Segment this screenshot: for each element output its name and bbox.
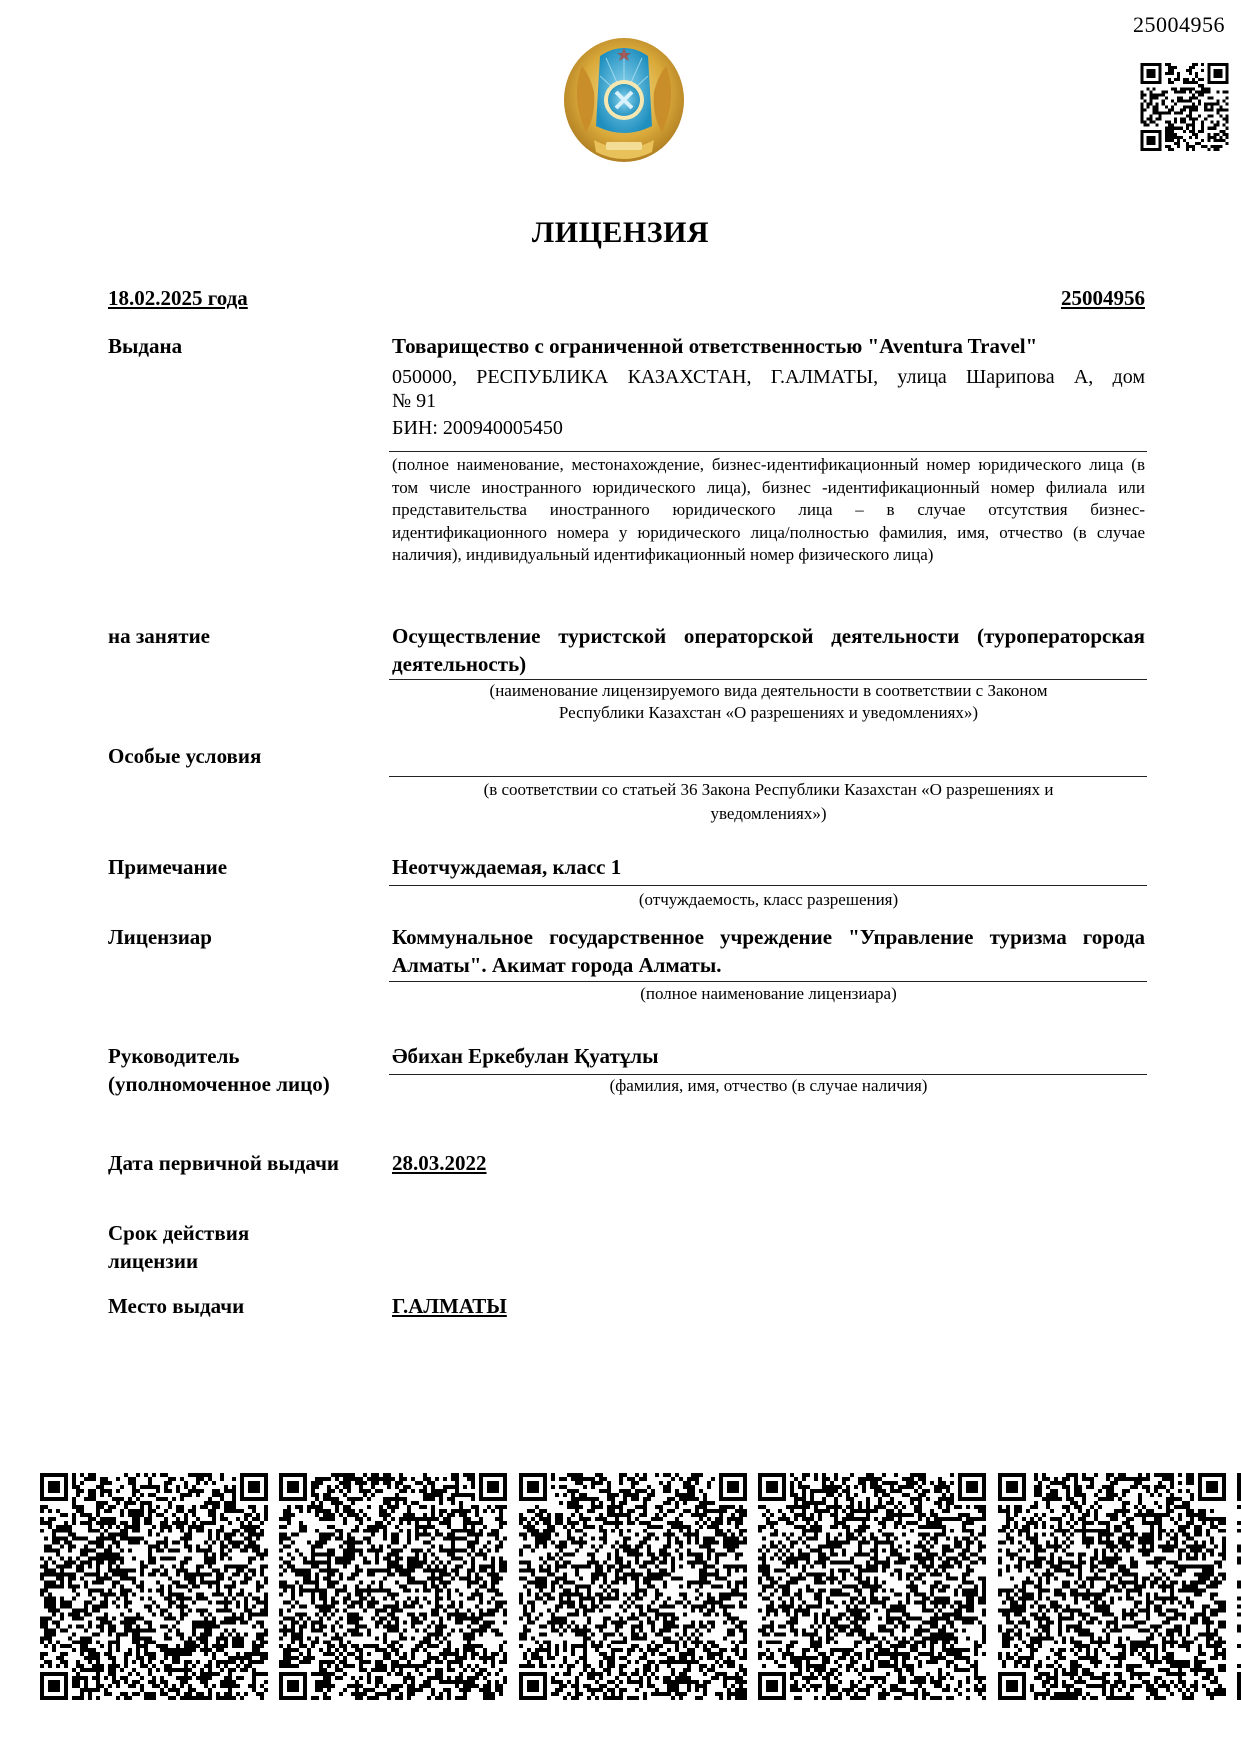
document-number-top: 25004956 [1133, 12, 1225, 38]
licensee-address-line1: 050000, РЕСПУБЛИКА КАЗАХСТАН, Г.АЛМАТЫ, … [392, 365, 1145, 389]
caption-head: (фамилия, имя, отчество (в случае наличи… [392, 1075, 1145, 1097]
label-note: Примечание [108, 853, 227, 881]
label-head-line2: (уполномоченное лицо) [108, 1070, 330, 1098]
qr-code-icon [1140, 63, 1229, 151]
label-licensor: Лицензиар [108, 923, 212, 951]
qr-code-3-icon [519, 1473, 747, 1700]
head-name: Әбихан Еркебулан Қуатұлы [392, 1042, 1145, 1070]
license-number: 25004956 [1061, 286, 1145, 311]
label-place-of-issue: Место выдачи [108, 1292, 244, 1320]
licensor-value: Коммунальное государственное учреждение … [392, 923, 1145, 979]
caption-issued-to: (полное наименование, местонахождение, б… [392, 454, 1145, 567]
qr-code-5-icon [998, 1473, 1226, 1700]
issue-date: 18.02.2025 года [108, 286, 248, 311]
qr-code-strip [40, 1473, 1241, 1700]
place-of-issue-value: Г.АЛМАТЫ [392, 1292, 507, 1320]
label-first-issue-date: Дата первичной выдачи [108, 1149, 339, 1177]
activity-value: Осуществление туристской операторской де… [392, 622, 1145, 678]
divider [389, 981, 1147, 982]
qr-code-4-icon [758, 1473, 986, 1700]
caption-activity-line2: Республики Казахстан «О разрешениях и ув… [392, 702, 1145, 724]
caption-note: (отчуждаемость, класс разрешения) [392, 889, 1145, 911]
licensee-bin: БИН: 200940005450 [392, 416, 1145, 440]
caption-special-line2: уведомлениях») [392, 803, 1145, 825]
caption-activity-line1: (наименование лицензируемого вида деятел… [392, 680, 1145, 702]
document-title: ЛИЦЕНЗИЯ [0, 216, 1241, 250]
qr-code-2-icon [279, 1473, 507, 1700]
state-emblem-icon [560, 36, 688, 168]
label-validity-line2: лицензии [108, 1247, 198, 1275]
qr-code-1-icon [40, 1473, 268, 1700]
label-head-line1: Руководитель [108, 1042, 239, 1070]
caption-special-line1: (в соответствии со статьей 36 Закона Рес… [392, 779, 1145, 801]
divider [389, 885, 1147, 886]
caption-licensor: (полное наименование лицензиара) [392, 983, 1145, 1005]
label-activity: на занятие [108, 622, 210, 650]
label-validity-line1: Срок действия [108, 1219, 249, 1247]
licensee-address-line2: № 91 [392, 389, 1145, 413]
label-issued-to: Выдана [108, 332, 182, 360]
label-special-conditions: Особые условия [108, 742, 261, 770]
first-issue-date-value: 28.03.2022 [392, 1149, 487, 1177]
divider [389, 776, 1147, 777]
divider [389, 451, 1147, 452]
qr-code-partial-icon [1237, 1473, 1241, 1700]
note-value: Неотчуждаемая, класс 1 [392, 853, 1145, 881]
licensee-name: Товарищество с ограниченной ответственно… [392, 332, 1145, 360]
